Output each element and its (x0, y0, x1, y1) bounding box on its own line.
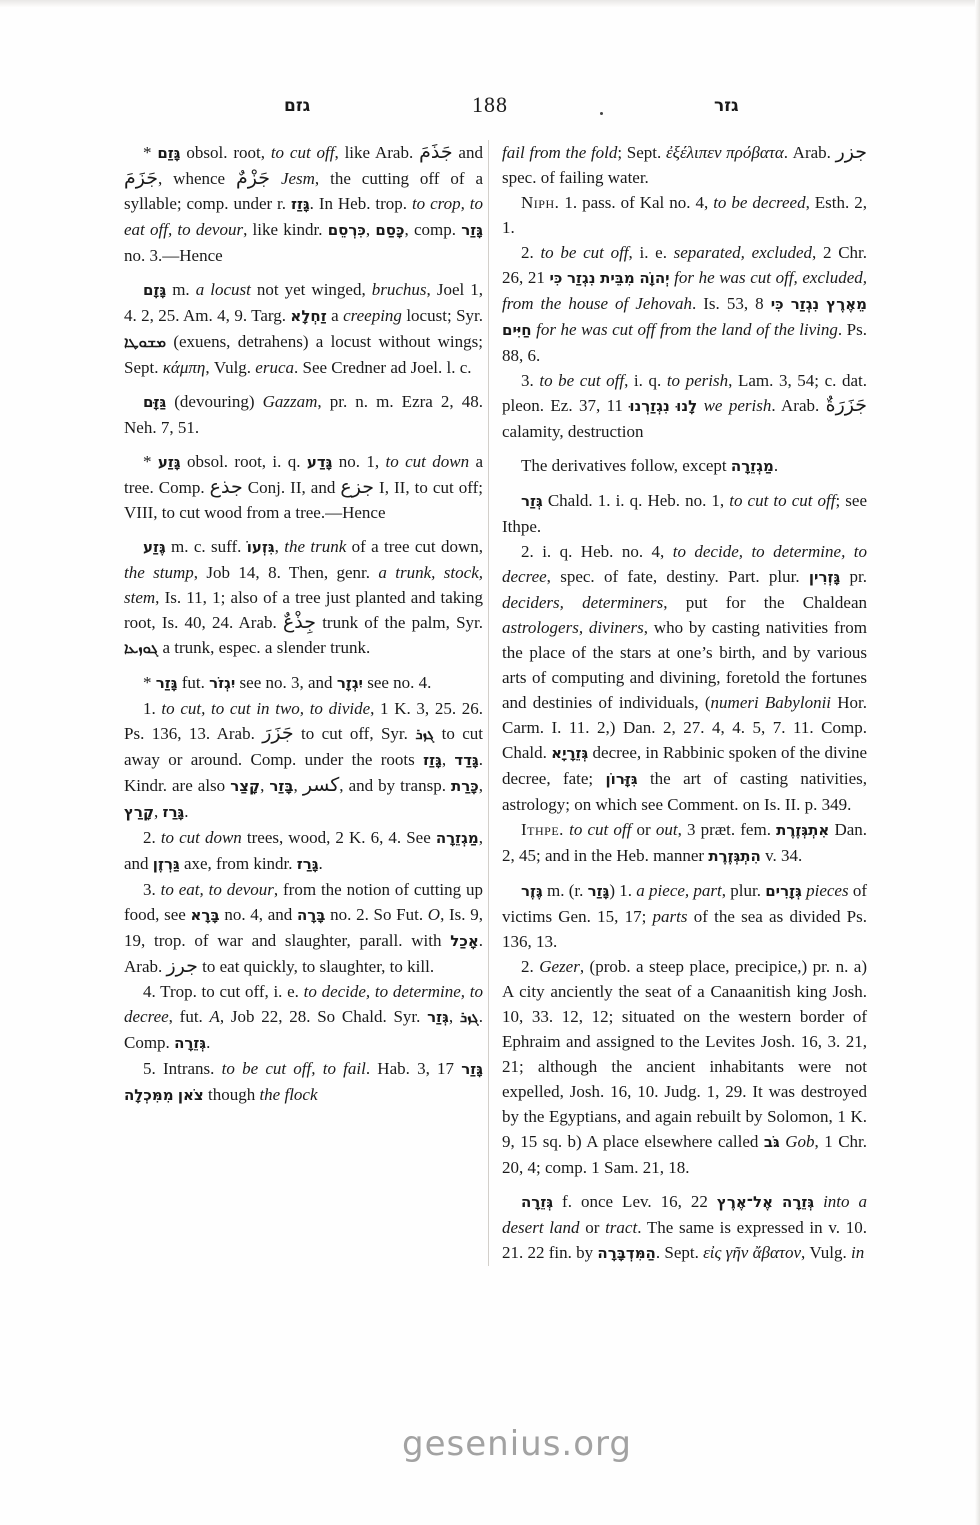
ar-text: جِذْعٌ (283, 611, 316, 633)
text: 2. (143, 828, 161, 847)
heb-text: מַגְזֵרָה (436, 829, 479, 847)
text: , (154, 802, 163, 821)
i-text: out (656, 820, 678, 839)
text: or (631, 820, 655, 839)
i-text: the trunk (284, 537, 346, 556)
ar-text: جزع (340, 476, 374, 498)
text: not yet winged, (251, 280, 372, 299)
i-text: separated, excluded (674, 243, 812, 262)
page-number: 188 (0, 92, 980, 118)
text: f. once Lev. 16, 22 (553, 1192, 717, 1211)
text: . (184, 802, 188, 821)
text: , (prob. a steep place, precipice,) pr. … (502, 957, 867, 1151)
text: * (143, 143, 157, 162)
heb-text: גֶּזֶר (521, 882, 543, 900)
ar-text: جَذَمَ (419, 141, 452, 163)
heb-text: צֹאן (178, 1086, 204, 1104)
syr-text: ܓܙܪ (460, 1008, 479, 1026)
i-text: to be cut off, to fail (222, 1059, 366, 1078)
paragraph: 2. to be cut off, i. e. separated, exclu… (502, 240, 867, 368)
paragraph: 5. Intrans. to be cut off, to fail. Hab.… (124, 1056, 483, 1108)
text: . In Heb. trop. (310, 194, 412, 213)
heb-text: גֶּזַע (143, 538, 166, 556)
text: , (366, 220, 375, 239)
paragraph: 2. i. q. Heb. no. 4, to decide, to deter… (502, 539, 867, 817)
text: see no. 3, and (235, 673, 337, 692)
text: ) 1. (609, 881, 636, 900)
text: spec. of failing water. (502, 168, 649, 187)
text: , spec. of fate, destiny. Part. plur. (547, 567, 809, 586)
heb-text: גָּזַם (157, 144, 180, 162)
text-block: * גָּזַם obsol. root, to cut off, like A… (124, 140, 868, 1266)
text: m. c. suff. (166, 537, 247, 556)
i-text: to cut down (386, 452, 470, 471)
text: (devouring) (166, 392, 262, 411)
ar-text: جَزَرَةٌ (826, 394, 867, 416)
paragraph: The derivatives follow, except מַגְזֵרָה… (502, 453, 867, 479)
paragraph: גֶּזֶר m. (r. גָּזַר) 1. a piece, part, … (502, 878, 867, 954)
heb-text: גָּזַע (158, 453, 181, 471)
text: . Hab. 3, 17 (366, 1059, 461, 1078)
i-text: to eat, to devour (161, 880, 274, 899)
heb-text: נִגְזַר (791, 295, 820, 313)
paragraph: 1. to cut, to cut in two, to divide, 1 K… (124, 696, 483, 825)
text: * (143, 452, 158, 471)
paragraph: * גָּזַם obsol. root, to cut off, like A… (124, 140, 483, 268)
heb-text: בָּזַר (269, 777, 293, 795)
heb-text: גְּזֵרָה (521, 1193, 553, 1211)
text (270, 169, 281, 188)
heb-text: גַּזָּם (143, 393, 166, 411)
text: Conj. II, and (243, 478, 341, 497)
heb-text: הַמִּדְבָּרָה (597, 1244, 655, 1262)
heb-text: אִתְגְּזֶרֶת (776, 821, 829, 839)
heb-text: מִבֵּית (600, 269, 635, 287)
heb-text: גִּזָּרוֹן (606, 770, 638, 788)
heb-text: בָּרָא (191, 906, 220, 924)
text: trunk of the palm, Syr. (316, 613, 483, 632)
heb-text: בָּרָה (297, 906, 325, 924)
gr-text: ἐξέλιπεν πρόβατα (666, 143, 784, 162)
heb-text: כִּי (549, 269, 562, 287)
text (814, 1192, 823, 1211)
i-text: to perish (667, 371, 728, 390)
watermark: gesenius.org (27, 1424, 980, 1464)
heb-text: אָכַל (450, 932, 479, 950)
text: ; Sept. (617, 143, 666, 162)
text: The derivatives follow, except (521, 456, 731, 475)
text: , (275, 537, 285, 556)
paragraph: 2. to cut down trees, wood, 2 K. 6, 4. S… (124, 825, 483, 877)
text: 2. (521, 243, 540, 262)
heb-text: גָּדַע (307, 453, 333, 471)
text: to cut off, Syr. (294, 724, 416, 743)
i-text: the stump (124, 563, 194, 582)
i-text: numeri Babylonii (711, 693, 831, 712)
text: locust; Syr. (402, 306, 483, 325)
heb-text: גְּזָרִים (765, 882, 802, 900)
i-text: Gezer (539, 957, 580, 976)
text: obsol. root, i. q. (181, 452, 307, 471)
i-text: a locust (196, 280, 251, 299)
text: to eat quickly, to slaughter, to kill. (198, 957, 434, 976)
i-text: A (210, 1007, 220, 1026)
heb-text: גֹּב (764, 1133, 780, 1151)
text: . (774, 456, 778, 475)
heb-text: גָּדַד (454, 751, 478, 769)
text: , like Arab. (334, 143, 419, 162)
page-top-edge (0, 0, 980, 7)
text: or (579, 1218, 605, 1237)
ar-text: جرز (166, 955, 197, 977)
heb-text: אֶל־אֶרֶץ (717, 1193, 773, 1211)
text: axe, from kindr. (180, 854, 297, 873)
text: , whence (158, 169, 236, 188)
gr-text: κάμπη (163, 358, 206, 377)
text: of a tree cut down, (346, 537, 483, 556)
i-text: to be cut off (540, 243, 628, 262)
text: fut. (178, 673, 210, 692)
text: . Arab. (784, 143, 836, 162)
text: calamity, destruction (502, 422, 643, 441)
text: m. (r. (543, 881, 588, 900)
text: , 3 præt. fem. (678, 820, 777, 839)
syr-text: ܓܘܙܥܐ (124, 639, 158, 657)
heb-text: מִמִּכְלָה (124, 1086, 174, 1104)
i-text: to cut, to cut in two, to divide (161, 699, 370, 718)
heb-text: גְּזַר (427, 1008, 449, 1026)
page-right-edge (975, 0, 980, 1525)
text: , Vulg. (801, 1243, 851, 1262)
paragraph: 3. to eat, to devour, from the notion of… (124, 877, 483, 979)
heb-text: קָרַץ (124, 803, 154, 821)
text: and (453, 143, 483, 162)
heb-text: יִגְזֹר (209, 674, 235, 692)
sc-text: Niph. (521, 193, 559, 212)
i-text: a piece, part (636, 881, 721, 900)
paragraph: * גָּזַר fut. יִגְזֹר see no. 3, and יִג… (124, 670, 483, 696)
i-text: Gob (785, 1132, 814, 1151)
page-header: גזם 188 גזר (0, 92, 980, 126)
i-text: tract (605, 1218, 637, 1237)
heb-text: גָּרַז (163, 803, 185, 821)
text: , comp. (405, 220, 462, 239)
syr-text: ܓܙܪ (415, 725, 434, 743)
text (773, 1192, 782, 1211)
text: , and by transp. (339, 776, 451, 795)
text: , plur. (722, 881, 765, 900)
syr-text: ܡܫܘܛܐ (124, 333, 166, 351)
heb-text: חַיִּים (502, 321, 532, 339)
text: . Sept. (656, 1243, 703, 1262)
ink-speck (600, 112, 603, 115)
heb-text: נִגְזַר (567, 269, 596, 287)
i-text: Gazzam (263, 392, 318, 411)
text: , i. q. (624, 371, 667, 390)
heb-text: גְּזֵרָיָא (551, 744, 588, 762)
text: pr. (840, 567, 867, 586)
heb-text: מֵאֶרֶץ (826, 295, 867, 313)
heb-text: הִתְגְּזֶרֶת (708, 847, 761, 865)
heb-text: גָּזַז (291, 195, 310, 213)
i-text: O (428, 905, 440, 924)
i-text: in (851, 1243, 864, 1262)
text: Chald. 1. i. q. Heb. no. 1, (543, 491, 730, 510)
text: , Job 14, 8. Then, genr. (194, 563, 379, 582)
ar-text: جذع (210, 476, 243, 498)
heb-text: גָּזַר (461, 221, 483, 239)
heb-text: כִּרְסֵם (328, 221, 366, 239)
text: . (319, 854, 323, 873)
i-text: eruca (255, 358, 294, 377)
text: 5. Intrans. (143, 1059, 222, 1078)
heb-text: גָּזַר (156, 674, 178, 692)
text: 3. (521, 371, 539, 390)
paragraph: 2. Gezer, (prob. a steep place, precipic… (502, 954, 867, 1180)
text: , (479, 776, 483, 795)
text: no. 2. So Fut. (325, 905, 427, 924)
text: , put for the Chaldean (663, 593, 867, 612)
text: no. 1, (332, 452, 385, 471)
i-text: for he was cut off from the land of the … (536, 320, 838, 339)
i-text: Jesm (281, 169, 315, 188)
text: , like kindr. (243, 220, 328, 239)
text: no. 3.—Hence (124, 246, 223, 265)
heb-text: גַּרְזֶן (153, 855, 180, 873)
text: a trunk, espec. a slender trunk. (158, 638, 370, 657)
paragraph: גְּזֵרָה f. once Lev. 16, 22 אֶל־אֶרֶץ ג… (502, 1189, 867, 1266)
i-text: to be cut off (539, 371, 624, 390)
text: no. 4, and (220, 905, 297, 924)
heb-text: כָּסַם (375, 221, 404, 239)
text: m. (166, 280, 196, 299)
heb-text: גָּזָם (143, 281, 166, 299)
paragraph: Niph. 1. pass. of Kal no. 4, to be decre… (502, 190, 867, 240)
heb-text: כִּי (771, 295, 784, 313)
i-text: creeping (343, 306, 402, 325)
text: , i. e. (629, 243, 674, 262)
paragraph: 4. Trop. to cut off, i. e. to decide, to… (124, 979, 483, 1056)
i-text: deciders, determiners (502, 593, 663, 612)
i-text: to cut to cut off (729, 491, 835, 510)
heb-text: גְּזַר (521, 492, 543, 510)
heb-text: גָּרַז (297, 855, 319, 873)
text: v. 34. (761, 846, 802, 865)
heb-text: קָצַר (230, 777, 260, 795)
text: , fut. (169, 1007, 210, 1026)
heb-text: גָּזְרִין (809, 568, 840, 586)
heb-text: כָּרַת (451, 777, 479, 795)
running-head-right-word: גזר (714, 96, 739, 116)
text: . See Credner ad Joel. l. c. (294, 358, 472, 377)
i-text: bruchus (372, 280, 427, 299)
text: 4. Trop. to cut off, i. e. (143, 982, 304, 1001)
paragraph: גָּזָם m. a locust not yet winged, bruch… (124, 277, 483, 380)
text: a (327, 306, 343, 325)
heb-text: גָּזַז (423, 751, 442, 769)
text: trees, wood, 2 K. 6, 4. See (242, 828, 436, 847)
sc-text: Ithpe. (521, 820, 564, 839)
text: , Job 22, 28. So Chald. Syr. (220, 1007, 427, 1026)
paragraph: 3. to be cut off, i. q. to perish, Lam. … (502, 368, 867, 444)
text: 3. (143, 880, 161, 899)
i-text: astrologers, diviners (502, 618, 644, 637)
heb-text: מַגְזֵרָה (731, 457, 774, 475)
heb-text: יִגְזָר (337, 674, 363, 692)
text: . Arab. (771, 396, 825, 415)
i-text: to cut off (271, 143, 335, 162)
i-text: the flock (259, 1085, 317, 1104)
i-text: we perish (704, 396, 772, 415)
ar-text: كسر (303, 774, 339, 796)
i-text: to cut down (161, 828, 242, 847)
heb-text: נִגְזַרְנוּ (629, 397, 669, 415)
text: see no. 4. (363, 673, 431, 692)
text: 2. (521, 957, 539, 976)
text: . Is. 53, 8 (692, 294, 771, 313)
heb-text: גְּזֵרָה (782, 1193, 814, 1211)
text: though (204, 1085, 260, 1104)
text: 2. i. q. Heb. no. 4, (521, 542, 673, 561)
ar-text: جَزَمَ (124, 167, 158, 189)
ar-text: جَزَرَ (262, 722, 293, 744)
i-text: to cut off (569, 820, 631, 839)
text: 1. pass. of Kal no. 4, (559, 193, 713, 212)
heb-text: גִּזְעוֹ (247, 538, 275, 556)
text: , (260, 776, 269, 795)
i-text: pieces (806, 881, 848, 900)
i-text: to be decreed (713, 193, 805, 212)
paragraph: גְּזַר Chald. 1. i. q. Heb. no. 1, to cu… (502, 488, 867, 539)
heb-text: זַחְלָא (290, 307, 326, 325)
text (784, 294, 791, 313)
paragraph: * גָּזַע obsol. root, i. q. גָּדַע no. 1… (124, 449, 483, 525)
text: , Vulg. (205, 358, 255, 377)
i-text: parts (653, 907, 688, 926)
text: , (294, 776, 303, 795)
ar-text: جَزْمٌ (236, 167, 270, 189)
text: * (143, 673, 156, 692)
paragraph: גַּזָּם (devouring) Gazzam, pr. n. m. Ez… (124, 389, 483, 440)
text: , (442, 750, 455, 769)
paragraph: Ithpe. to cut off or out, 3 præt. fem. א… (502, 817, 867, 869)
i-text: fail from the fold (502, 143, 617, 162)
scanned-dictionary-page: גזם 188 גזר * גָּזַם obsol. root, to cut… (0, 0, 980, 1525)
text: . (206, 1033, 210, 1052)
gr-text: εἰς γῆν ἄβατον (703, 1243, 801, 1262)
heb-text: יְהוָֹה (639, 269, 669, 287)
heb-text: גְּזֵרָה (174, 1034, 206, 1052)
heb-text: גָּזַר (588, 882, 610, 900)
text: obsol. root, (181, 143, 271, 162)
heb-text: גָּזַר (461, 1060, 483, 1078)
text: , (449, 1007, 460, 1026)
paragraph: גֶּזַע m. c. suff. גִּזְעוֹ, the trunk o… (124, 534, 483, 661)
paragraph: fail from the fold; Sept. ἐξέλιπεν πρόβα… (502, 140, 867, 190)
heb-text: לָנוּ (676, 397, 697, 415)
text: 1. (143, 699, 161, 718)
right-column: fail from the fold; Sept. ἐξέλιπεν πρόβα… (488, 140, 867, 1266)
left-column: * גָּזַם obsol. root, to cut off, like A… (124, 140, 483, 1266)
ar-text: جزر (836, 141, 867, 163)
